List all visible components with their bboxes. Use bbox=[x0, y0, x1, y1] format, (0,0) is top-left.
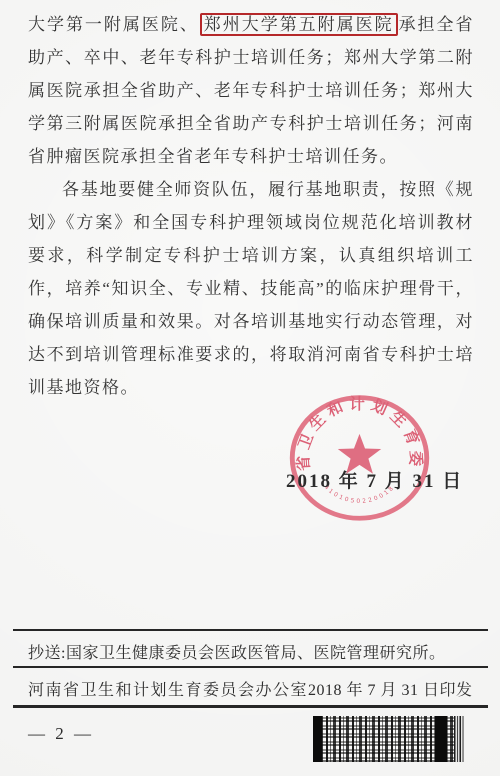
scanned-document-page: 大学第一附属医院、郑州大学第五附属医院承担全省助产、卒中、老年专科护士培训任务；… bbox=[0, 0, 500, 776]
footer-divider-bottom bbox=[13, 705, 488, 708]
highlight-box-hospital: 郑州大学第五附属医院 bbox=[200, 13, 398, 36]
paragraph-1: 大学第一附属医院、郑州大学第五附属医院承担全省助产、卒中、老年专科护士培训任务；… bbox=[28, 8, 474, 173]
barcode-start-bar bbox=[313, 716, 322, 762]
paragraph-1-after: 承担全省助产、卒中、老年专科护士培训任务；郑州大学第二附属医院承担全省助产、老年… bbox=[28, 15, 474, 166]
issuer-row: 河南省卫生和计划生育委员会办公室 2018 年 7 月 31 日印发 bbox=[28, 677, 470, 700]
footer-divider-middle bbox=[13, 666, 488, 668]
issuer-office: 河南省卫生和计划生育委员会办公室 bbox=[28, 677, 308, 700]
paragraph-2: 各基地要健全师资队伍，履行基地职责，按照《规划》《方案》和全国专科护理领域岗位规… bbox=[28, 173, 474, 404]
document-body: 大学第一附属医院、郑州大学第五附属医院承担全省助产、卒中、老年专科护士培训任务；… bbox=[28, 8, 474, 410]
footer-divider-top bbox=[13, 629, 488, 631]
barcode bbox=[313, 716, 464, 762]
cc-line: 抄送:国家卫生健康委员会医政医管局、医院管理研究所。 bbox=[28, 640, 478, 663]
official-seal: 河南省卫生和计划生育委员会 4101050220018 bbox=[289, 395, 430, 523]
document-date: 2018 年 7 月 31 日 bbox=[286, 466, 463, 493]
paragraph-1-before: 大学第一附属医院、 bbox=[28, 15, 199, 34]
barcode-stop-bar bbox=[435, 716, 447, 762]
barcode-edge-stripes bbox=[454, 716, 464, 762]
print-date: 2018 年 7 月 31 日印发 bbox=[308, 677, 473, 700]
page-number: — 2 — bbox=[28, 724, 94, 744]
